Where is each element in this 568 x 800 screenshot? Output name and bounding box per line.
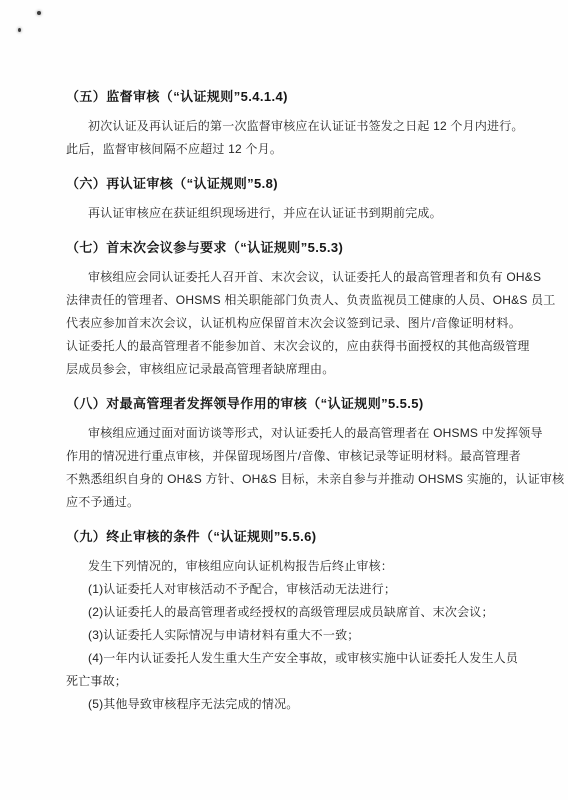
text-line: (1)认证委托人对审核活动不予配合，审核活动无法进行；	[66, 578, 516, 601]
text-line: 审核组应会同认证委托人召开首、末次会议，认证委托人的最高管理者和负有 OH&S	[66, 266, 516, 289]
text-line: 认证委托人的最高管理者不能参加首、末次会议的，应由获得书面授权的其他高级管理	[66, 335, 516, 358]
text-line: 初次认证及再认证后的第一次监督审核应在认证证书签发之日起 12 个月内进行。	[66, 115, 516, 138]
text-line: (2)认证委托人的最高管理者或经授权的高级管理层成员缺席首、末次会议；	[66, 601, 516, 624]
section-heading: （九）终止审核的条件（“认证规则”5.5.6)	[66, 524, 516, 550]
text-line: 层成员参会，审核组应记录最高管理者缺席理由。	[66, 358, 516, 381]
scanned-document-page: （五）监督审核（“认证规则”5.4.1.4)初次认证及再认证后的第一次监督审核应…	[0, 0, 568, 800]
text-line: 此后，监督审核间隔不应超过 12 个月。	[66, 138, 516, 161]
text-line: (5)其他导致审核程序无法完成的情况。	[66, 693, 516, 716]
text-line: 审核组应通过面对面访谈等形式，对认证委托人的最高管理者在 OHSMS 中发挥领导	[66, 422, 516, 445]
section-heading: （五）监督审核（“认证规则”5.4.1.4)	[66, 84, 516, 110]
section-7-meeting-participation: （七）首末次会议参与要求（“认证规则”5.5.3)审核组应会同认证委托人召开首、…	[66, 235, 516, 381]
text-line: 死亡事故；	[66, 670, 516, 693]
text-line: 作用的情况进行重点审核，并保留现场图片/音像、审核记录等证明材料。最高管理者	[66, 445, 516, 468]
text-line: (4)一年内认证委托人发生重大生产安全事故，或审核实施中认证委托人发生人员	[66, 647, 516, 670]
section-9-audit-termination-conditions: （九）终止审核的条件（“认证规则”5.5.6)发生下列情况的，审核组应向认证机构…	[66, 524, 516, 716]
section-6-recertification-audit: （六）再认证审核（“认证规则”5.8)再认证审核应在获证组织现场进行，并应在认证…	[66, 171, 516, 225]
section-heading: （七）首末次会议参与要求（“认证规则”5.5.3)	[66, 235, 516, 261]
scan-speckle-icon	[37, 11, 41, 15]
text-line: 发生下列情况的，审核组应向认证机构报告后终止审核：	[66, 555, 516, 578]
section-heading: （六）再认证审核（“认证规则”5.8)	[66, 171, 516, 197]
text-line: 法律责任的管理者、OHSMS 相关职能部门负责人、负责监视员工健康的人员、OH&…	[66, 289, 516, 312]
text-line: 应不予通过。	[66, 491, 516, 514]
document-content: （五）监督审核（“认证规则”5.4.1.4)初次认证及再认证后的第一次监督审核应…	[66, 84, 516, 716]
scan-speckle-icon	[18, 28, 21, 32]
text-line: 不熟悉组织自身的 OH&S 方针、OH&S 目标，未亲自参与并推动 OHSMS …	[66, 468, 516, 491]
text-line: (3)认证委托人实际情况与申请材料有重大不一致；	[66, 624, 516, 647]
section-5-supervision-audit: （五）监督审核（“认证规则”5.4.1.4)初次认证及再认证后的第一次监督审核应…	[66, 84, 516, 161]
section-heading: （八）对最高管理者发挥领导作用的审核（“认证规则”5.5.5)	[66, 391, 516, 417]
text-line: 代表应参加首末次会议，认证机构应保留首末次会议签到记录、图片/音像证明材料。	[66, 312, 516, 335]
text-line: 再认证审核应在获证组织现场进行，并应在认证证书到期前完成。	[66, 202, 516, 225]
section-8-top-management-leadership-audit: （八）对最高管理者发挥领导作用的审核（“认证规则”5.5.5)审核组应通过面对面…	[66, 391, 516, 514]
